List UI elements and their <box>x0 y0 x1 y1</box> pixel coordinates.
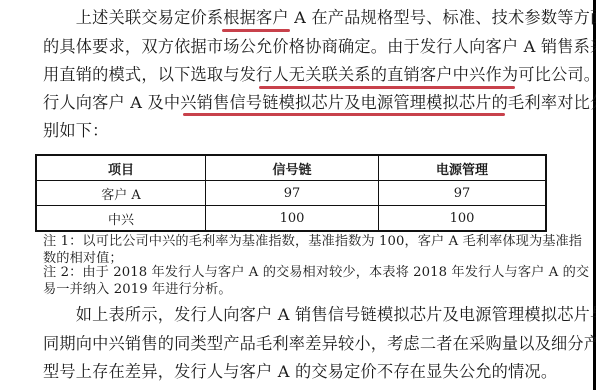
table-row: 中兴 100 100 <box>36 206 546 232</box>
paragraph-line: 同期向中兴销售的同类型产品毛利率差异较小，考虑二者在采购量以及细分产品 <box>43 334 596 354</box>
paragraph-line: 行人向客户 A 及中兴销售信号链模拟芯片及电源管理模拟芯片的毛利率对比分 <box>43 93 596 113</box>
paragraph-line: 上述关联交易定价系根据客户 A 在产品规格型号、标准、技术参数等方面 <box>43 8 596 28</box>
paragraph-line: 别如下： <box>43 121 109 141</box>
red-underline-mark <box>183 113 505 116</box>
paragraph-line: 型号上存在差异，发行人与客户 A 的交易定价不存在显失公允的情况。 <box>43 362 557 382</box>
gross-margin-comparison-table: 项目 信号链 电源管理 客户 A 97 97 中兴 100 100 <box>35 154 547 232</box>
table-header-row: 项目 信号链 电源管理 <box>36 155 546 181</box>
note-line: 注 1：以可比公司中兴的毛利率为基准指数，基准指数为 100，客户 A 毛利率体… <box>43 234 582 250</box>
paragraph-line: 的具体要求，双方依据市场公允价格协商确定。由于发行人向客户 A 销售系采 <box>43 37 596 57</box>
table-row: 客户 A 97 97 <box>36 181 546 206</box>
red-underline-mark <box>259 86 515 89</box>
table-cell: 中兴 <box>36 206 206 232</box>
table-header-cell: 项目 <box>36 155 206 181</box>
table-header-cell: 电源管理 <box>379 155 547 181</box>
table-header-cell: 信号链 <box>206 155 379 181</box>
note-line: 注 2：由于 2018 年发行人与客户 A 的交易相对较少，本表将 2018 年… <box>43 265 589 281</box>
table-cell: 97 <box>379 181 547 206</box>
table-cell: 100 <box>206 206 379 232</box>
table-cell: 97 <box>206 181 379 206</box>
paragraph-line: 用直销的模式，以下选取与发行人无关联关系的直销客户中兴作为可比公司。发 <box>43 65 596 85</box>
paragraph-line: 如上表所示，发行人向客户 A 销售信号链模拟芯片及电源管理模拟芯片与 <box>43 305 596 325</box>
table-cell: 客户 A <box>36 181 206 206</box>
red-underline-mark <box>222 29 290 32</box>
note-line: 易一并纳入 2019 年进行分析。 <box>43 282 232 298</box>
table-cell: 100 <box>379 206 547 232</box>
